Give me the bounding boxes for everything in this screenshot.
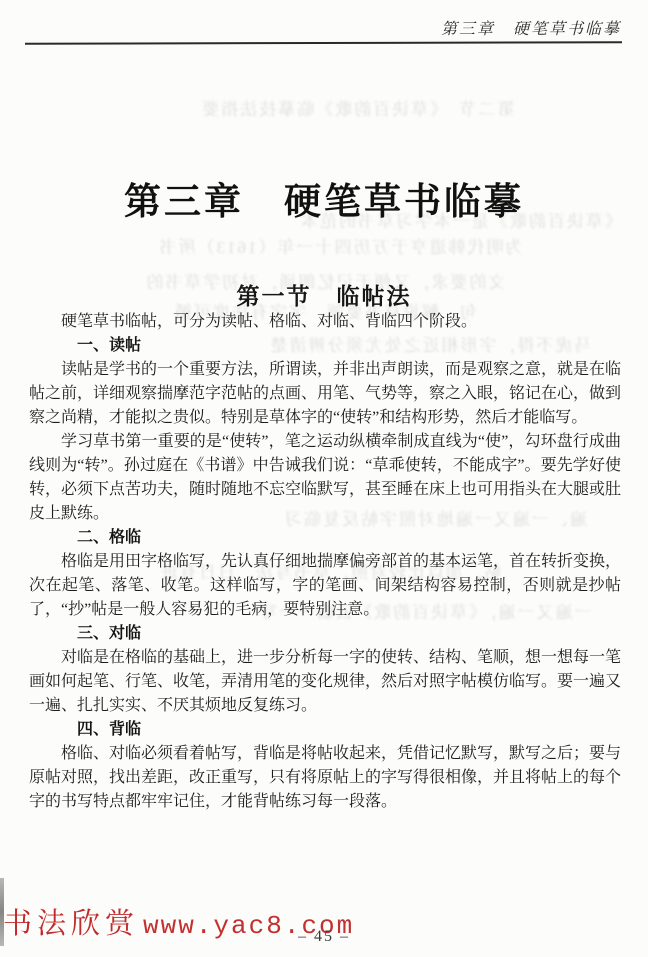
bleedthrough-text: 第二节 《草诀百韵歌》临摹技法指要 <box>155 95 560 120</box>
subsection-heading-duilin: 三、对临 <box>29 622 621 646</box>
paragraph: 格临、对临必须看着帖写，背临是将帖收起来，凭借记忆默写，默写之后；要与原帖对照，… <box>29 742 621 814</box>
chapter-title: 第三章 硬笔草书临摹 <box>0 171 648 225</box>
paragraph: 格临是用田字格临写，先认真仔细地揣摩偏旁部首的基本运笔，首在转折变换，次在起笔、… <box>29 550 621 622</box>
header-rule <box>25 41 622 45</box>
subsection-heading-beilin: 四、背临 <box>29 718 621 742</box>
paragraph: 读帖是学书的一个重要方法，所谓读，并非出声朗读，而是观察之意，就是在临帖之前，详… <box>29 358 621 430</box>
body-text: 硬笔草书临帖，可分为读帖、格临、对临、背临四个阶段。 一、读帖 读帖是学书的一个… <box>29 310 621 814</box>
paragraph: 学习草书第一重要的是“使转”，笔之运动纵横牵制成直线为“使”，勾环盘行成曲线则为… <box>29 430 621 526</box>
subsection-heading-dutie: 一、读帖 <box>29 334 621 358</box>
running-header: 第三章 硬笔草书临摹 <box>441 16 621 39</box>
subsection-heading-gelin: 二、格临 <box>29 526 621 550</box>
page-number: – 45 – <box>0 928 648 946</box>
intro-paragraph: 硬笔草书临帖，可分为读帖、格临、对临、背临四个阶段。 <box>29 310 621 334</box>
bleedthrough-text: 为明代韩道亨于万历四十一年（1613）所书 <box>60 233 620 258</box>
paragraph: 对临是在格临的基础上，进一步分析每一字的使转、结构、笔顺，想一想每一笔画如何起笔… <box>29 646 621 718</box>
section-title: 第一节 临帖法 <box>0 278 648 311</box>
scan-edge-artifact <box>0 878 4 946</box>
book-page: 第二节 《草诀百韵歌》临摹技法指要 《草诀百韵歌》是一本学习草书的范本 为明代韩… <box>0 0 648 957</box>
